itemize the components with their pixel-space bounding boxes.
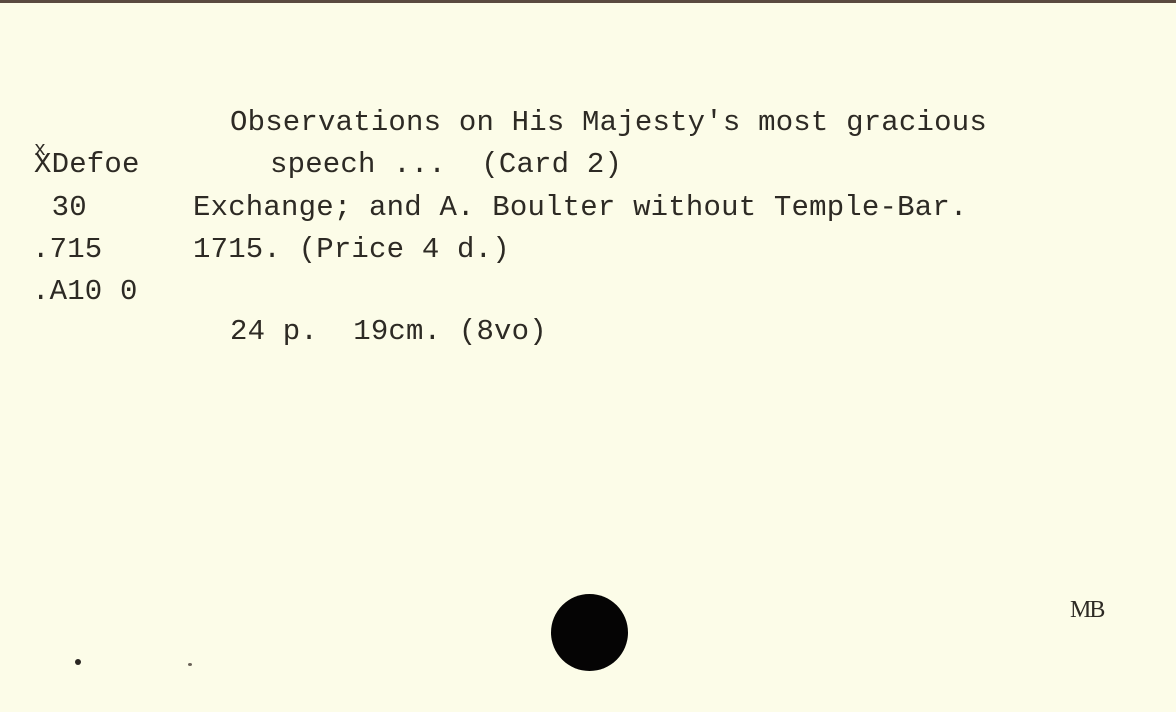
call-number-line-4: .A10 0: [32, 277, 138, 306]
imprint-line-1: Exchange; and A. Boulter without Temple-…: [193, 193, 968, 222]
punch-hole: [551, 594, 628, 671]
call-number-line-1: XDefoe: [34, 150, 140, 179]
imprint-line-2: 1715. (Price 4 d.): [193, 235, 510, 264]
title-line-2: speech ... (Card 2): [270, 150, 622, 179]
ink-speck: [75, 659, 81, 665]
catalog-card: x XDefoe 30 .715 .A10 0 Observations on …: [0, 0, 1176, 712]
title-line-1: Observations on His Majesty's most graci…: [230, 108, 987, 137]
cataloger-initials: MB: [1070, 597, 1103, 624]
call-number-line-3: .715: [32, 235, 102, 264]
call-number-line-2: 30: [34, 193, 87, 222]
collation: 24 p. 19cm. (8vo): [230, 317, 547, 346]
ink-speck: [188, 663, 192, 666]
